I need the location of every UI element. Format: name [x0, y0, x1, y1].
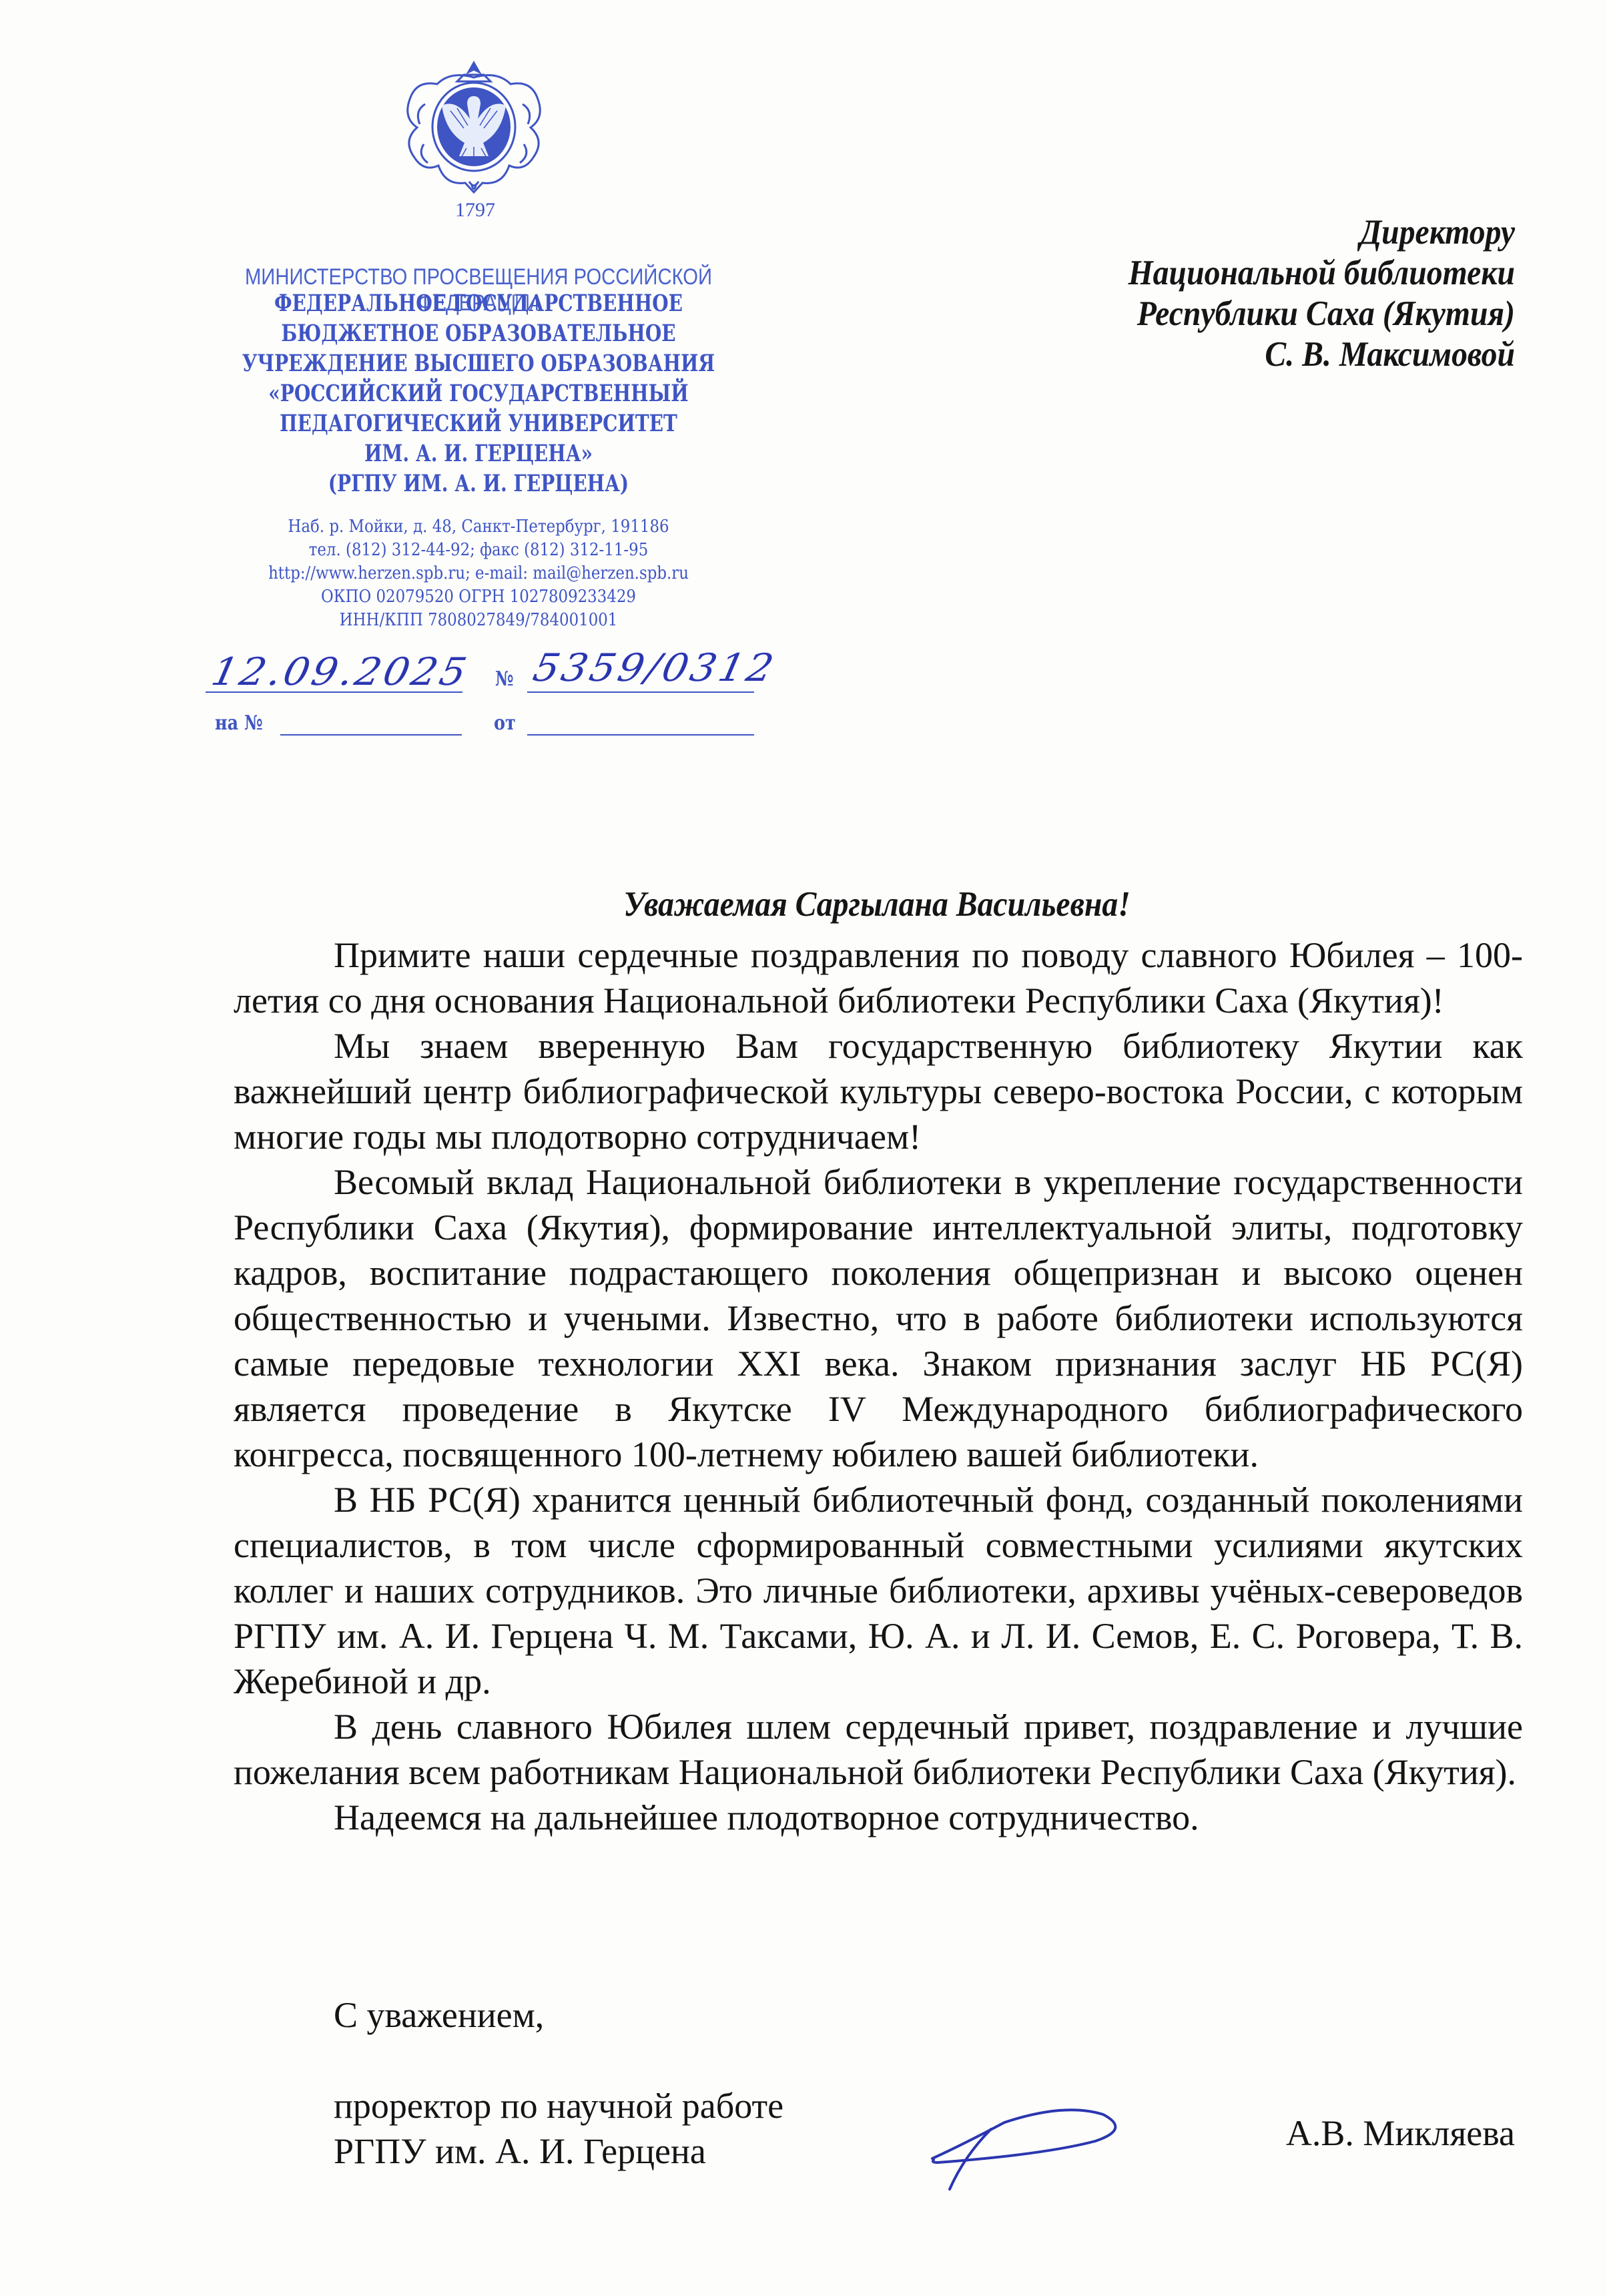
addressee-line: Директору	[1016, 212, 1515, 253]
outgoing-date: 12.09.2025	[208, 650, 473, 695]
institution-line: ИМ. А. И. ГЕРЦЕНА»	[214, 439, 743, 469]
institution-line: БЮДЖЕТНОЕ ОБРАЗОВАТЕЛЬНОЕ	[214, 318, 743, 348]
body-paragraph: Примите наши сердечные поздравления по п…	[234, 932, 1523, 1023]
web-email-line: http://www.herzen.spb.ru; e-mail: mail@h…	[188, 562, 769, 585]
closing-regards: С уважением,	[334, 1992, 783, 2038]
date-underline	[206, 691, 462, 693]
closing-block: С уважением, проректор по научной работе…	[334, 1992, 783, 2174]
address-line: Наб. р. Мойки, д. 48, Санкт-Петербург, 1…	[188, 515, 769, 539]
institution-line: ФЕДЕРАЛЬНОЕ ГОСУДАРСТВЕННОЕ	[214, 288, 743, 318]
body-paragraph: Надеемся на дальнейшее плодотворное сотр…	[234, 1795, 1523, 1840]
inn-kpp-line: ИНН/КПП 7808027849/784001001	[188, 609, 769, 632]
number-underline	[527, 691, 754, 693]
salutation-text: Уважаемая Саргылана Васильевна!	[623, 884, 1131, 924]
in-reply-field	[280, 734, 462, 736]
institution-line: ПЕДАГОГИЧЕСКИЙ УНИВЕРСИТЕТ	[214, 408, 743, 439]
from-field	[527, 734, 754, 736]
signer-organization: РГПУ им. А. И. Герцена	[334, 2128, 783, 2174]
addressee-line: С. В. Максимовой	[1016, 334, 1515, 375]
from-label: от	[494, 711, 516, 735]
signer-position: проректор по научной работе	[334, 2083, 783, 2128]
number-label: №	[495, 667, 514, 691]
body-paragraph: Весомый вклад Национальной библиотеки в …	[234, 1159, 1523, 1477]
institution-name: ФЕДЕРАЛЬНОЕ ГОСУДАРСТВЕННОЕ БЮДЖЕТНОЕ ОБ…	[214, 288, 743, 499]
handwritten-signature-icon	[924, 2102, 1138, 2203]
body-paragraph: Мы знаем вверенную Вам государственную б…	[234, 1023, 1523, 1159]
contact-details: Наб. р. Мойки, д. 48, Санкт-Петербург, 1…	[188, 515, 769, 632]
addressee-block: Директору Национальной библиотеки Респуб…	[961, 212, 1515, 375]
letter-body: Примите наши сердечные поздравления по п…	[234, 932, 1523, 1840]
addressee-line: Республики Саха (Якутия)	[1016, 294, 1515, 334]
addressee-line: Национальной библиотеки	[1016, 253, 1515, 294]
founded-year: 1797	[408, 199, 542, 222]
body-paragraph: В НБ РС(Я) хранится ценный библиотечный …	[234, 1477, 1523, 1704]
signer-name: А.В. Микляева	[1255, 2112, 1515, 2154]
body-paragraph: В день славного Юбилея шлем сердечный пр…	[234, 1704, 1523, 1795]
outgoing-number: 5359/0312	[529, 646, 780, 691]
institution-line: «РОССИЙСКИЙ ГОСУДАРСТВЕННЫЙ	[214, 378, 743, 408]
salutation: Уважаемая Саргылана Васильевна!	[230, 884, 1523, 924]
university-emblem-icon	[397, 57, 551, 199]
okpo-ogrn-line: ОКПО 02079520 ОГРН 1027809233429	[188, 585, 769, 609]
institution-line: УЧРЕЖДЕНИЕ ВЫСШЕГО ОБРАЗОВАНИЯ	[214, 348, 743, 378]
institution-line: (РГПУ ИМ. А. И. ГЕРЦЕНА)	[214, 469, 743, 499]
in-reply-label: на №	[215, 711, 263, 735]
phone-line: тел. (812) 312-44-92; факс (812) 312-11-…	[188, 539, 769, 562]
spacer	[334, 2038, 783, 2083]
